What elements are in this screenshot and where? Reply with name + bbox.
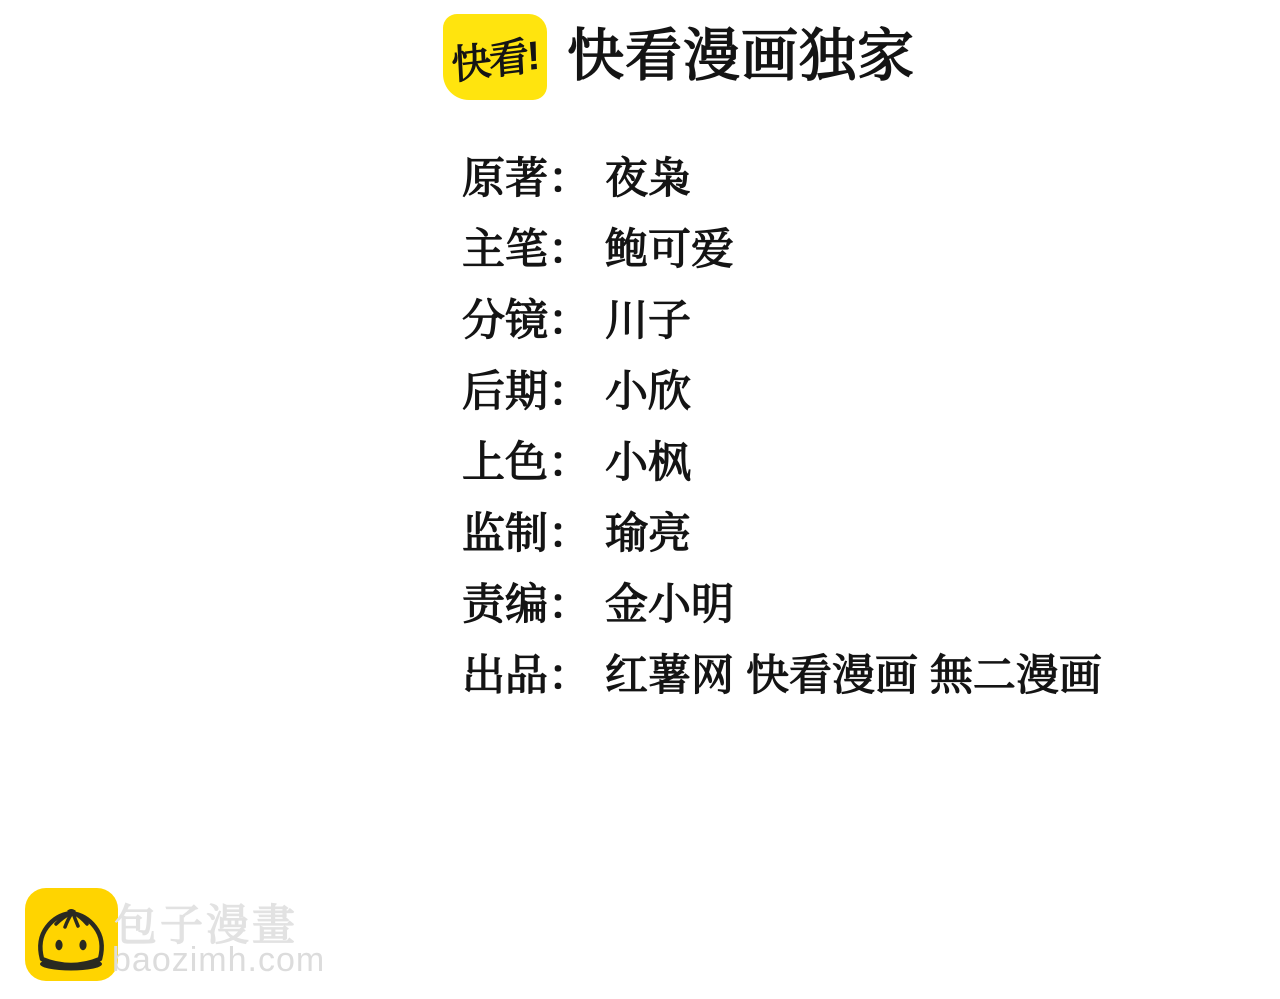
watermark-site-url: baozimh.com: [112, 941, 325, 980]
credit-value: 川子: [605, 287, 691, 348]
comic-credits-page: 快看! 快看漫画独家 原著： 夜枭 主笔： 鲍可爱 分镜： 川子 后期： 小欣 …: [0, 0, 1280, 999]
credit-label: 主笔：: [462, 216, 591, 277]
credits-list: 原著： 夜枭 主笔： 鲍可爱 分镜： 川子 后期： 小欣 上色： 小枫 监制： …: [462, 140, 1102, 708]
credit-label: 原著：: [462, 145, 591, 206]
credit-row-storyboard: 分镜： 川子: [462, 282, 1102, 353]
credit-label: 监制：: [462, 500, 591, 561]
credit-row-original-author: 原著： 夜枭: [462, 140, 1102, 211]
kuaikan-logo-text: 快看!: [450, 23, 540, 91]
credit-value: 瑜亮: [605, 500, 691, 561]
page-title: 快看漫画独家: [567, 10, 915, 92]
credit-label: 分镜：: [462, 287, 591, 348]
credit-value: 小枫: [605, 429, 691, 490]
credit-value: 小欣: [605, 358, 691, 419]
baozi-bun-icon: [25, 888, 118, 981]
credit-value: 夜枭: [605, 145, 691, 206]
credit-label: 上色：: [462, 429, 591, 490]
kuaikan-logo-badge: 快看!: [443, 14, 547, 100]
credit-row-supervisor: 监制： 瑜亮: [462, 495, 1102, 566]
credit-row-post-production: 后期： 小欣: [462, 353, 1102, 424]
credit-value: 鲍可爱: [605, 216, 734, 277]
credit-value: 金小明: [605, 571, 734, 632]
credit-value: 红薯网 快看漫画 無二漫画: [605, 642, 1102, 703]
credit-row-production: 出品： 红薯网 快看漫画 無二漫画: [462, 637, 1102, 708]
credit-row-lead-artist: 主笔： 鲍可爱: [462, 211, 1102, 282]
credit-row-coloring: 上色： 小枫: [462, 424, 1102, 495]
credit-label: 出品：: [462, 642, 591, 703]
credit-label: 后期：: [462, 358, 591, 419]
credit-row-editor: 责编： 金小明: [462, 566, 1102, 637]
credit-label: 责编：: [462, 571, 591, 632]
